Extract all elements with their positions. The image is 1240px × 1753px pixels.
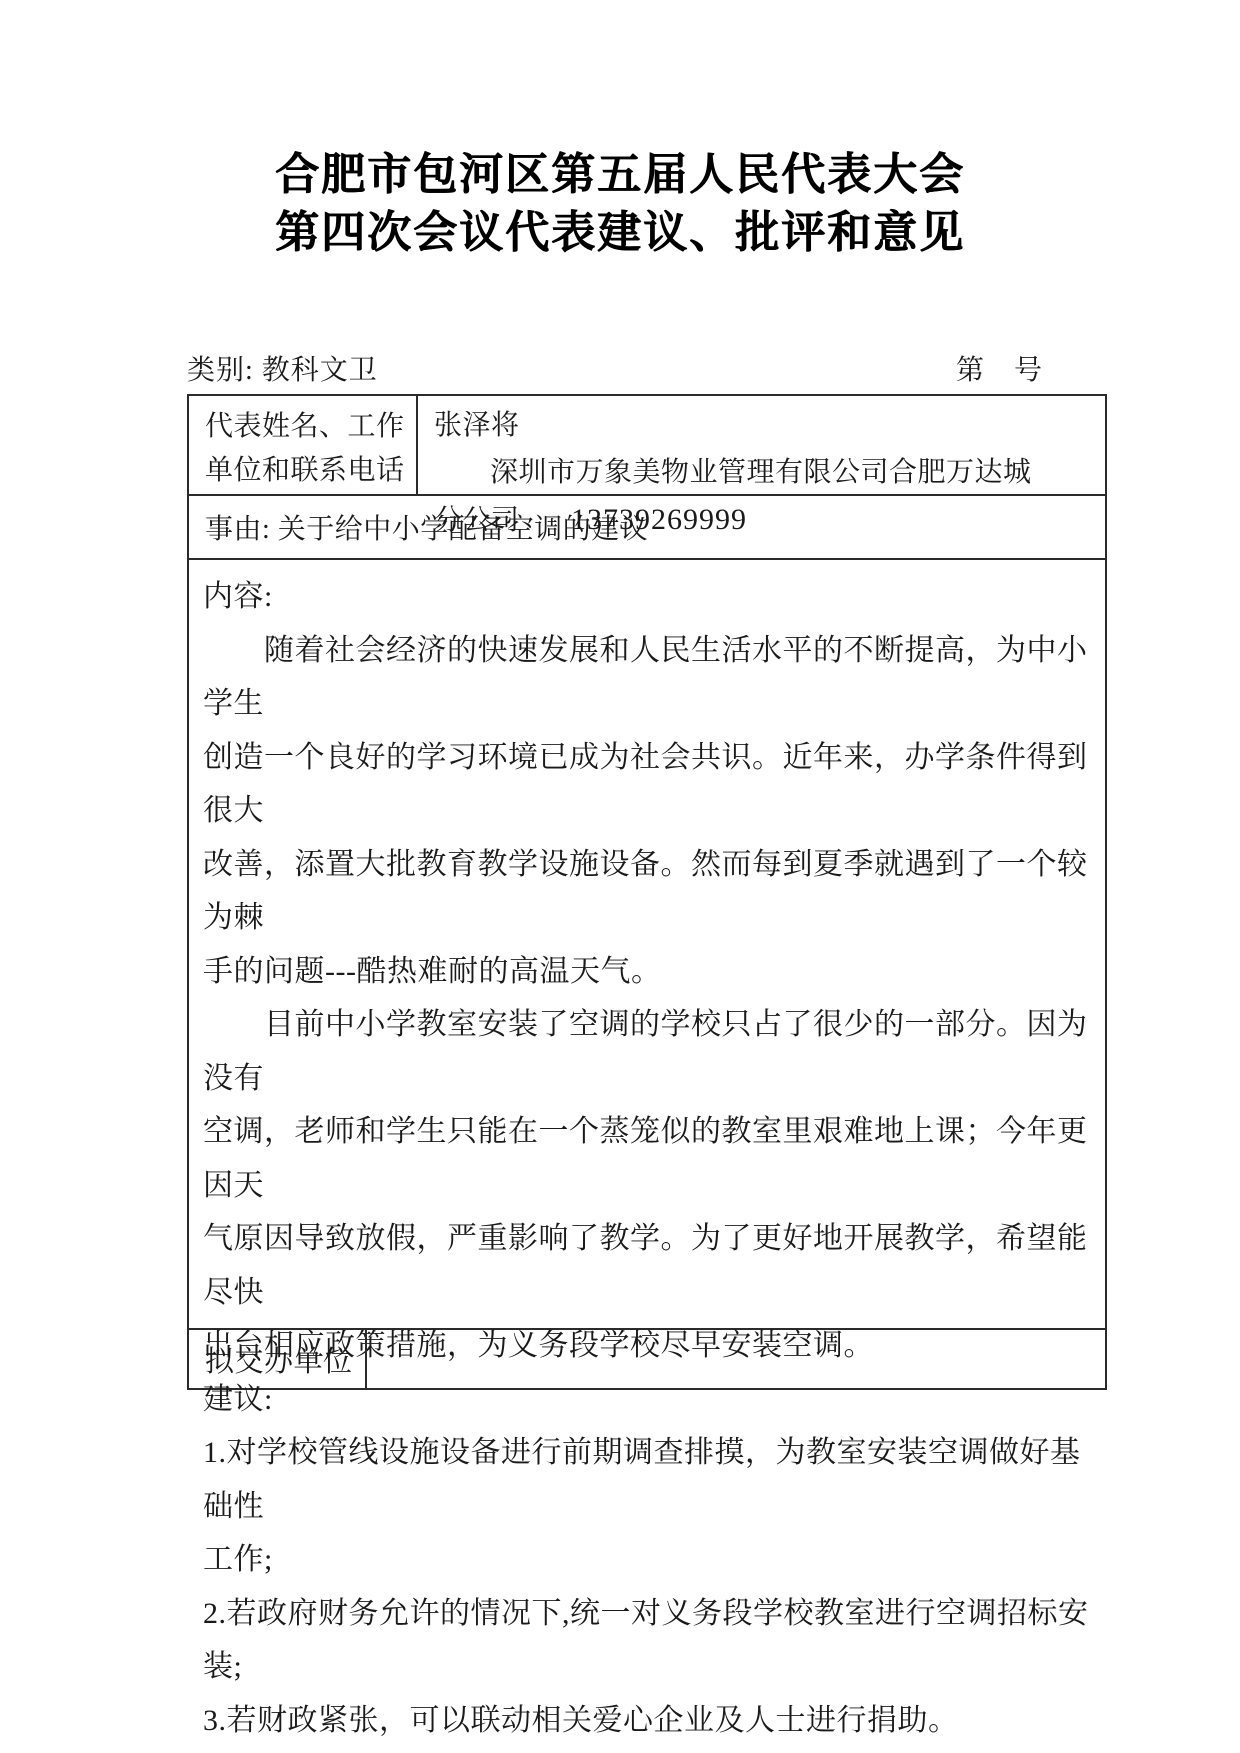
assign-label-cell: 拟交办单位 [189,1330,367,1388]
content-line: 气原因导致放假，严重影响了教学。为了更好地开展教学，希望能尽快 [203,1212,1091,1319]
content-line: 随着社会经济的快速发展和人民生活水平的不断提高，为中小学生 [203,624,1091,731]
meta-row: 类别: 教科文卫 第 号 [187,348,1107,388]
representative-label-line-1: 代表姓名、工作 [205,405,416,449]
representative-value-line-1: 张泽将 深圳市万象美物业管理有限公司合肥万达城 [434,402,1105,496]
document-page: 合肥市包河区第五届人民代表大会 第四次会议代表建议、批评和意见 类别: 教科文卫… [0,0,1240,1753]
assign-row: 拟交办单位 [189,1330,1105,1388]
representative-label-cell: 代表姓名、工作 单位和联系电话 [189,396,418,494]
representative-row: 代表姓名、工作 单位和联系电话 张泽将 深圳市万象美物业管理有限公司合肥万达城 … [189,396,1105,496]
page-title-line-1: 合肥市包河区第五届人民代表大会 [0,146,1240,204]
subject-text: 事由: 关于给中小学配备空调的建议 [205,507,648,547]
suggestion-form-table: 代表姓名、工作 单位和联系电话 张泽将 深圳市万象美物业管理有限公司合肥万达城 … [187,394,1107,1390]
page-title-line-2: 第四次会议代表建议、批评和意见 [0,204,1240,262]
content-line: 内容: [203,570,1091,624]
content-line: 创造一个良好的学习环境已成为社会共识。近年来，办学条件得到很大 [203,731,1091,838]
representative-label-line-2: 单位和联系电话 [205,449,416,493]
assign-label: 拟交办单位 [205,1339,353,1380]
content-line: 空调，老师和学生只能在一个蒸笼似的教室里艰难地上课；今年更因天 [203,1105,1091,1212]
representative-company: 深圳市万象美物业管理有限公司合肥万达城 [490,449,1032,496]
page-title: 合肥市包河区第五届人民代表大会 第四次会议代表建议、批评和意见 [0,146,1240,262]
content-line: 2.若政府财务允许的情况下,统一对义务段学校教室进行空调招标安装; [203,1587,1091,1694]
content-line: 1.对学校管线设施设备进行前期调查排摸，为教室安装空调做好基础性 [203,1426,1091,1533]
assign-value-cell [367,1330,1105,1388]
category-label: 类别: 教科文卫 [187,348,378,388]
content-line: 手的问题---酷热难耐的高温天气。 [203,945,1091,999]
content-row: 内容: 随着社会经济的快速发展和人民生活水平的不断提高，为中小学生 创造一个良好… [189,560,1105,1330]
representative-value-cell: 张泽将 深圳市万象美物业管理有限公司合肥万达城 分公司 13739269999 [418,396,1105,494]
content-line: 改善，添置大批教育教学设施设备。然而每到夏季就遇到了一个较为棘 [203,838,1091,945]
representative-name: 张泽将 [434,402,520,449]
content-line: 工作; [203,1533,1091,1587]
content-line: 3.若财政紧张，可以联动相关爱心企业及人士进行捐助。 [203,1694,1091,1748]
content-line: 目前中小学教室安装了空调的学校只占了很少的一部分。因为没有 [203,998,1091,1105]
number-label: 第 号 [956,348,1043,388]
